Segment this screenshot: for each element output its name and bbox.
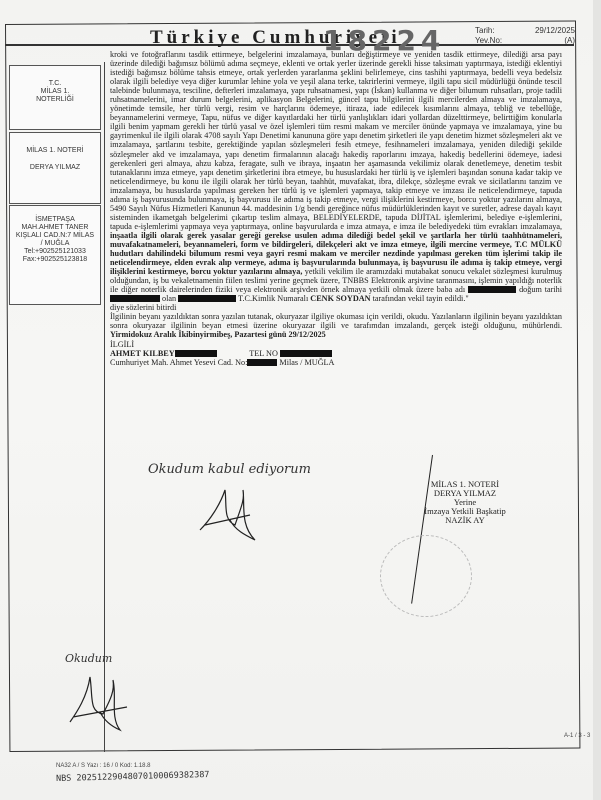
closing-date: Yirmidokuz Aralık İkibinyirmibeş, Pazart… (110, 330, 326, 339)
closing-paragraph: İlgilinin beyanı yazıldıktan sonra yazıl… (110, 312, 562, 330)
form-code: NA32 A / S Yazı : 16 / 0 Kod: 1.18.8 (56, 763, 151, 769)
document-body: kroki ve fotoğraflarını tasdik ettirmeye… (110, 50, 562, 367)
principal-name: CENK SOYDAN (310, 294, 370, 303)
closing-line: diye sözlerini bitirdi (110, 303, 562, 312)
notary-sign-clerk: NAZİK AY (410, 516, 520, 525)
address-line: İSMETPAŞA (10, 216, 100, 224)
redaction-bar (280, 350, 332, 357)
tel-label: TEL NO (249, 349, 278, 358)
nbs-number: NBS 20251229048070100069382387 (56, 770, 210, 784)
birth-date-label: tarihi (545, 285, 562, 294)
olan-label: olan (162, 294, 176, 303)
redaction-bar (175, 350, 217, 357)
date-value: 29/12/2025 (535, 26, 575, 36)
signatory-address: Cumhuriyet Mah. Ahmet Yesevi Cad. No: (110, 358, 247, 367)
notary-box: MİLAS 1. NOTERİ DERYA YILMAZ (9, 132, 101, 204)
notary-sidebar: T.C. MİLAS 1. NOTERLİĞİ MİLAS 1. NOTERİ … (7, 62, 105, 752)
signatory-signature-icon (195, 485, 265, 545)
signatory-city: Milas / MUĞLA (279, 358, 334, 367)
redaction-bar (110, 295, 160, 302)
address-line: MAH.AHMET TANER (10, 224, 100, 232)
address-line: / MUĞLA (10, 240, 100, 248)
appointed-text: tarafından vekil tayin edildi." (373, 294, 469, 303)
office-line: NOTERLİĞİ (10, 96, 100, 104)
body-paragraph: kroki ve fotoğraflarını tasdik ettirmeye… (110, 50, 562, 231)
page-reference: A-1 / 3 - 3 (564, 733, 590, 739)
address-line: KIŞLALI CAD.N:7 MİLAS (10, 232, 100, 240)
office-line: MİLAS 1. (10, 88, 100, 96)
redaction-bar (468, 286, 516, 293)
page-edge (593, 0, 601, 800)
tc-label: T.C.Kimlik Numaralı (238, 294, 308, 303)
birth-label: doğum (519, 285, 542, 294)
office-line: T.C. (10, 80, 100, 88)
handwritten-acceptance: Okudum kabul ediyorum (148, 462, 311, 477)
office-box: T.C. MİLAS 1. NOTERLİĞİ (9, 65, 101, 130)
date-box: Tarih:29/12/2025 Yev.No:(A) (475, 26, 575, 46)
notary-signature-block: MİLAS 1. NOTERİ DERYA YILMAZ Yerine İmza… (410, 480, 520, 525)
address-box: İSMETPAŞA MAH.AHMET TANER KIŞLALI CAD.N:… (9, 205, 101, 305)
notary-seal (380, 535, 472, 617)
ilgili-label: İLGİLİ (110, 340, 562, 349)
header-bar: Türkiye Cumhuriyeti 18224 Tarih:29/12/20… (5, 24, 574, 46)
fax: Fax:+902525123818 (10, 256, 100, 264)
yev-value: (A) (564, 36, 575, 46)
scanned-document: Türkiye Cumhuriyeti 18224 Tarih:29/12/20… (0, 0, 601, 800)
sealed-text: mühürlendi. (522, 321, 562, 330)
redaction-bar (178, 295, 236, 302)
date-label: Tarih: (475, 26, 495, 36)
margin-handwritten-note: Okudum (65, 652, 112, 665)
redaction-bar (247, 359, 277, 366)
phone: Tel:+902525121033 (10, 248, 100, 256)
yev-label: Yev.No: (475, 36, 502, 46)
signatory-name: AHMET KILBEY (110, 349, 175, 358)
notary-title: MİLAS 1. NOTERİ (10, 147, 100, 154)
notary-name: DERYA YILMAZ (10, 164, 100, 171)
margin-signature-icon (65, 672, 135, 732)
